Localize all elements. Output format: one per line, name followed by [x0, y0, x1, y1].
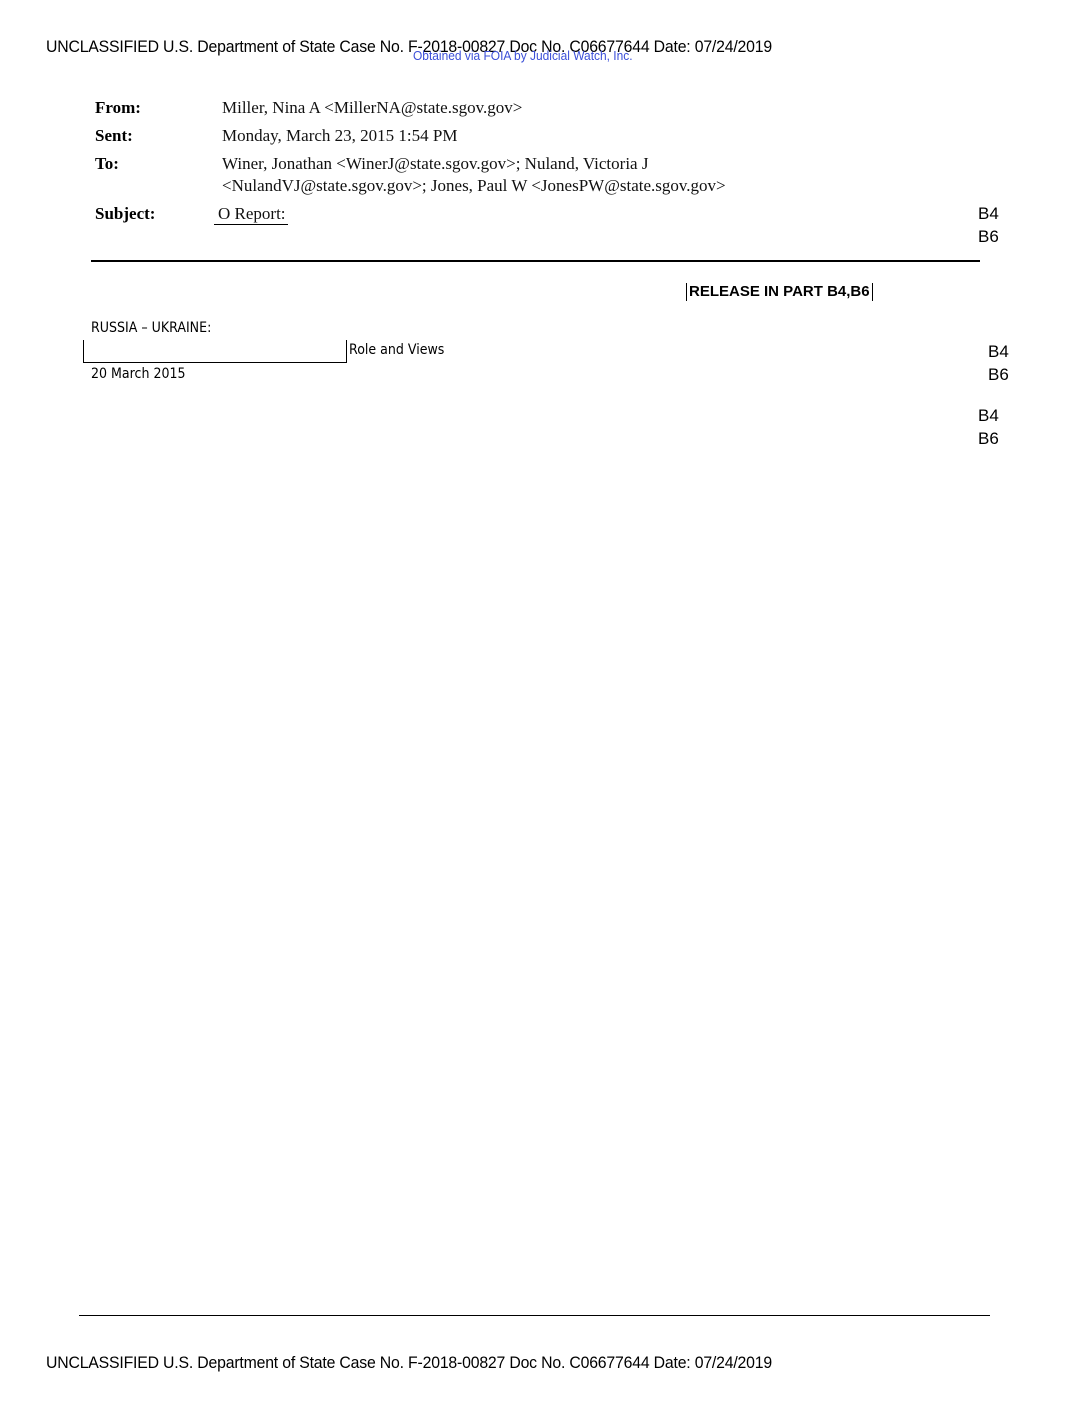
- body-date: 20 March 2015: [91, 366, 186, 382]
- exemption-codes-title: B4 B6: [988, 340, 1009, 386]
- exemption-code: B4: [988, 340, 1009, 363]
- redaction-box: [83, 340, 347, 363]
- sent-label: Sent:: [95, 126, 133, 146]
- exemption-code: B4: [978, 202, 999, 225]
- to-value-line2: <NulandVJ@state.sgov.gov>; Jones, Paul W…: [222, 176, 726, 196]
- exemption-codes-subject: B4 B6: [978, 202, 999, 248]
- release-stamp: RELEASE IN PART B4,B6: [686, 283, 873, 301]
- subject-value-redacted: O Report:: [214, 204, 288, 225]
- exemption-code: B4: [978, 404, 999, 427]
- body-heading: RUSSIA – UKRAINE:: [91, 320, 211, 336]
- foia-watermark: Obtained via FOIA by Judicial Watch, Inc…: [413, 48, 633, 63]
- from-value: Miller, Nina A <MillerNA@state.sgov.gov>: [222, 98, 522, 118]
- exemption-code: B6: [988, 363, 1009, 386]
- sent-value: Monday, March 23, 2015 1:54 PM: [222, 126, 457, 146]
- to-value-line1: Winer, Jonathan <WinerJ@state.sgov.gov>;…: [222, 154, 648, 174]
- exemption-code: B6: [978, 427, 999, 450]
- exemption-codes-body: B4 B6: [978, 404, 999, 450]
- header-divider: [91, 260, 980, 262]
- classification-banner-top: UNCLASSIFIED U.S. Department of State Ca…: [46, 37, 772, 57]
- body-title-suffix: Role and Views: [349, 342, 444, 358]
- to-label: To:: [95, 154, 119, 174]
- from-label: From:: [95, 98, 141, 118]
- subject-label: Subject:: [95, 204, 155, 224]
- footer-divider: [79, 1315, 990, 1316]
- exemption-code: B6: [978, 225, 999, 248]
- classification-banner-bottom: UNCLASSIFIED U.S. Department of State Ca…: [46, 1353, 772, 1373]
